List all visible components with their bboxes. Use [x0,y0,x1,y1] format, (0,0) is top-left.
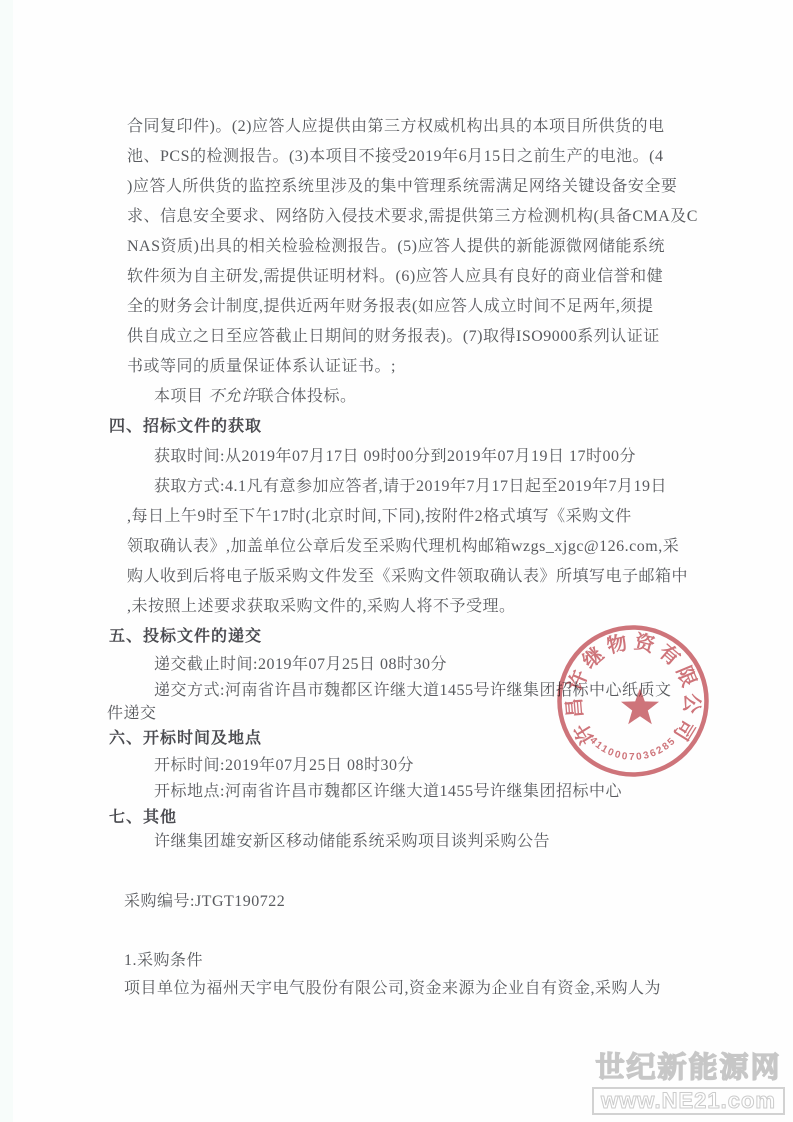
watermark-site-url: www.NE21.com [592,1087,785,1115]
paragraph-line: 书或等同的质量保证体系认证证书。; [127,352,702,382]
paragraph-line: 软件须为自主研发,需提供证明材料。(6)应答人应具有良好的商业信誉和健 [127,262,702,292]
purchase-conditions-line: 项目单位为福州天宇电气股份有限公司,资金来源为企业自有资金,采购人为 [124,974,702,1004]
no-joint-prefix: 本项目 [154,388,208,405]
watermark-site-name: 世纪新能源网 [592,1045,785,1086]
section-heading-obtain-documents: 四、招标文件的获取 [109,412,702,442]
star-icon [621,688,659,724]
paragraph-line: NAS资质)出具的相关检验检测报告。(5)应答人提供的新能源微网储能系统 [127,232,702,262]
no-joint-bid-line: 本项目 不允许联合体投标。 [154,382,702,412]
paragraph-line: 合同复印件)。(2)应答人应提供由第三方权威机构出具的本项目所供货的电 [127,112,702,142]
paragraph-line: 供自成立之日至应答截止日期间的财务报表)。(7)取得ISO9000系列认证证 [127,322,702,352]
paragraph-line: 全的财务会计制度,提供近两年财务报表(如应答人成立时间不足两年,须提 [127,292,702,322]
scanned-document-page: 合同复印件)。(2)应答人应提供由第三方权威机构出具的本项目所供货的电 池、PC… [0,0,793,1122]
paragraph-line: 池、PCS的检测报告。(3)本项目不接受2019年6月15日之前生产的电池。(4 [127,142,702,172]
obtain-method-line: 购人收到后将电子版采购文件发至《采购文件领取确认表》所填写电子邮箱中 [127,562,702,592]
paragraph-line: 求、信息安全要求、网络防入侵技术要求,需提供第三方检测机构(具备CMA及C [127,202,702,232]
obtain-method-line: 领取确认表》,加盖单位公章后发至采购代理机构邮箱wzgs_xjgc@126.co… [127,532,702,562]
obtain-method-line: ,每日上午9时至下午17时(北京时间,下同),按附件2格式填写《采购文件 [127,502,702,532]
seal-serial-text: 4110007036285 [587,735,679,763]
section-heading-other: 七、其他 [109,805,702,830]
scan-edge-shadow [0,0,13,1122]
site-watermark: 世纪新能源网 www.NE21.com [592,1045,785,1115]
purchase-conditions-heading: 1.采购条件 [124,947,702,974]
obtain-time-line: 获取时间:从2019年07月17日 09时00分到2019年07月19日 17时… [154,442,702,472]
purchase-number-line: 采购编号:JTGT190722 [124,887,702,917]
no-joint-suffix: 联合体投标。 [258,388,357,405]
paragraph-line: )应答人所供货的监控系统里涉及的集中管理系统需满足网络关键设备安全要 [127,172,702,202]
document-text: 合同复印件)。(2)应答人应提供由第三方权威机构出具的本项目所供货的电 池、PC… [127,112,702,1004]
company-seal: 许昌许继物资有限公司 4110007036285 [533,601,733,801]
announcement-title-line: 许继集团雄安新区移动储能系统采购项目谈判采购公告 [154,830,702,853]
no-joint-emphasis: 不允许 [208,388,258,405]
obtain-method-line: 获取方式:4.1凡有意参加应答者,请于2019年7月17日起至2019年7月19… [154,472,702,502]
